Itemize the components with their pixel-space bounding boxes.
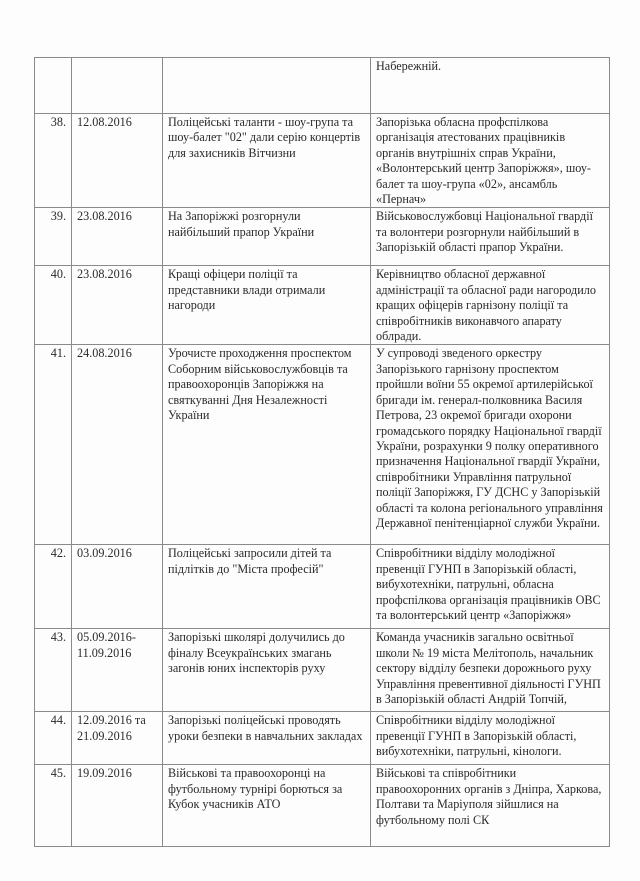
row-title: Запорізькі поліцейські проводять уроки б… <box>163 712 371 765</box>
table-row: 44. 12.09.2016 та 21.09.2016 Запорізькі … <box>35 712 610 765</box>
row-title: Запорізькі школярі долучились до фіналу … <box>163 629 371 712</box>
row-number: 38. <box>35 114 72 208</box>
row-number: 44. <box>35 712 72 765</box>
row-participants: У супроводі зведеного оркестру Запорізьк… <box>371 345 610 545</box>
row-date: 12.08.2016 <box>72 114 163 208</box>
table-row: 43. 05.09.2016-11.09.2016 Запорізькі шко… <box>35 629 610 712</box>
row-number: 45. <box>35 765 72 847</box>
row-date: 12.09.2016 та 21.09.2016 <box>72 712 163 765</box>
row-participants: Запорізька обласна профспілкова організа… <box>371 114 610 208</box>
table-row: 42. 03.09.2016 Поліцейські запросили діт… <box>35 545 610 629</box>
row-participants: Військовослужбовці Національної гвардії … <box>371 208 610 266</box>
row-number: 40. <box>35 266 72 345</box>
row-number: 43. <box>35 629 72 712</box>
row-number <box>35 58 72 114</box>
row-date: 24.08.2016 <box>72 345 163 545</box>
row-date: 23.08.2016 <box>72 208 163 266</box>
row-title: Кращі офіцери поліції та представники вл… <box>163 266 371 345</box>
row-title: Урочисте проходження проспектом Соборним… <box>163 345 371 545</box>
row-participants: Військові та співробітники правоохоронни… <box>371 765 610 847</box>
row-title <box>163 58 371 114</box>
row-title: Військові та правоохоронці на футбольном… <box>163 765 371 847</box>
row-number: 41. <box>35 345 72 545</box>
row-number: 39. <box>35 208 72 266</box>
row-title: На Запоріжжі розгорнули найбільший прапо… <box>163 208 371 266</box>
table-row: 40. 23.08.2016 Кращі офіцери поліції та … <box>35 266 610 345</box>
row-date: 05.09.2016-11.09.2016 <box>72 629 163 712</box>
row-participants: Керівництво обласної державної адміністр… <box>371 266 610 345</box>
table-row: 38. 12.08.2016 Поліцейські таланти - шоу… <box>35 114 610 208</box>
table-row: Набережній. <box>35 58 610 114</box>
table-row: 39. 23.08.2016 На Запоріжжі розгорнули н… <box>35 208 610 266</box>
row-participants: Набережній. <box>371 58 610 114</box>
row-date: 03.09.2016 <box>72 545 163 629</box>
row-title: Поліцейські таланти - шоу-група та шоу-б… <box>163 114 371 208</box>
row-date: 19.09.2016 <box>72 765 163 847</box>
table-row: 41. 24.08.2016 Урочисте проходження прос… <box>35 345 610 545</box>
row-title: Поліцейські запросили дітей та підлітків… <box>163 545 371 629</box>
table-row: 45. 19.09.2016 Військові та правоохоронц… <box>35 765 610 847</box>
row-number: 42. <box>35 545 72 629</box>
document-page: Набережній. 38. 12.08.2016 Поліцейські т… <box>0 0 640 881</box>
row-participants: Співробітники відділу молодіжної превенц… <box>371 545 610 629</box>
row-date <box>72 58 163 114</box>
row-participants: Команда учасників загально освітньої шко… <box>371 629 610 712</box>
row-date: 23.08.2016 <box>72 266 163 345</box>
events-table: Набережній. 38. 12.08.2016 Поліцейські т… <box>34 57 610 847</box>
row-participants: Співробітники відділу молодіжної превенц… <box>371 712 610 765</box>
